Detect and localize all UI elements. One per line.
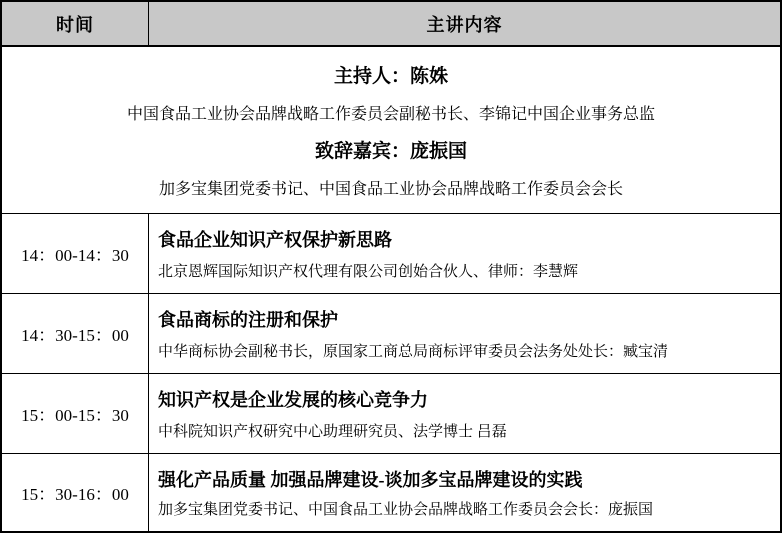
session-time: 14：00-14：30 bbox=[2, 214, 149, 293]
intro-row: 主持人：陈姝 中国食品工业协会品牌战略工作委员会副秘书长、李锦记中国企业事务总监… bbox=[2, 47, 780, 213]
session-title: 食品商标的注册和保护 bbox=[158, 306, 770, 332]
session-time: 14：30-15：00 bbox=[2, 294, 149, 373]
table-row: 15：30-16：00 强化产品质量 加强品牌建设-谈加多宝品牌建设的实践 加多… bbox=[2, 453, 780, 531]
host-title: 主持人：陈姝 bbox=[14, 61, 768, 88]
session-speaker: 中科院知识产权研究中心助理研究员、法学博士 吕磊 bbox=[158, 420, 770, 441]
table-row: 15：00-15：30 知识产权是企业发展的核心竞争力 中科院知识产权研究中心助… bbox=[2, 373, 780, 453]
time-column-header: 时间 bbox=[56, 11, 94, 37]
header-time-cell: 时间 bbox=[2, 2, 149, 45]
host-description: 中国食品工业协会品牌战略工作委员会副秘书长、李锦记中国企业事务总监 bbox=[14, 101, 768, 124]
session-speaker: 加多宝集团党委书记、中国食品工业协会品牌战略工作委员会会长：庞振国 bbox=[158, 498, 770, 519]
session-speaker: 北京恩辉国际知识产权代理有限公司创始合伙人、律师：李慧辉 bbox=[158, 260, 770, 281]
guest-description: 加多宝集团党委书记、中国食品工业协会品牌战略工作委员会会长 bbox=[14, 176, 768, 199]
guest-title: 致辞嘉宾：庞振国 bbox=[14, 136, 768, 163]
agenda-table: 时间 主讲内容 主持人：陈姝 中国食品工业协会品牌战略工作委员会副秘书长、李锦记… bbox=[0, 0, 782, 533]
session-title: 强化产品质量 加强品牌建设-谈加多宝品牌建设的实践 bbox=[158, 466, 770, 492]
table-header-row: 时间 主讲内容 bbox=[2, 2, 780, 47]
session-detail-cell: 食品商标的注册和保护 中华商标协会副秘书长，原国家工商总局商标评审委员会法务处处… bbox=[149, 294, 780, 373]
table-row: 14：30-15：00 食品商标的注册和保护 中华商标协会副秘书长，原国家工商总… bbox=[2, 293, 780, 373]
table-row: 14：00-14：30 食品企业知识产权保护新思路 北京恩辉国际知识产权代理有限… bbox=[2, 213, 780, 293]
session-title: 食品企业知识产权保护新思路 bbox=[158, 226, 770, 252]
content-column-header: 主讲内容 bbox=[427, 11, 503, 37]
session-time: 15：30-16：00 bbox=[2, 454, 149, 531]
session-detail-cell: 食品企业知识产权保护新思路 北京恩辉国际知识产权代理有限公司创始合伙人、律师：李… bbox=[149, 214, 780, 293]
session-title: 知识产权是企业发展的核心竞争力 bbox=[158, 386, 770, 412]
header-content-cell: 主讲内容 bbox=[149, 2, 780, 45]
session-detail-cell: 强化产品质量 加强品牌建设-谈加多宝品牌建设的实践 加多宝集团党委书记、中国食品… bbox=[149, 454, 780, 531]
session-detail-cell: 知识产权是企业发展的核心竞争力 中科院知识产权研究中心助理研究员、法学博士 吕磊 bbox=[149, 374, 780, 453]
session-speaker: 中华商标协会副秘书长，原国家工商总局商标评审委员会法务处处长：臧宝清 bbox=[158, 340, 770, 361]
session-time: 15：00-15：30 bbox=[2, 374, 149, 453]
